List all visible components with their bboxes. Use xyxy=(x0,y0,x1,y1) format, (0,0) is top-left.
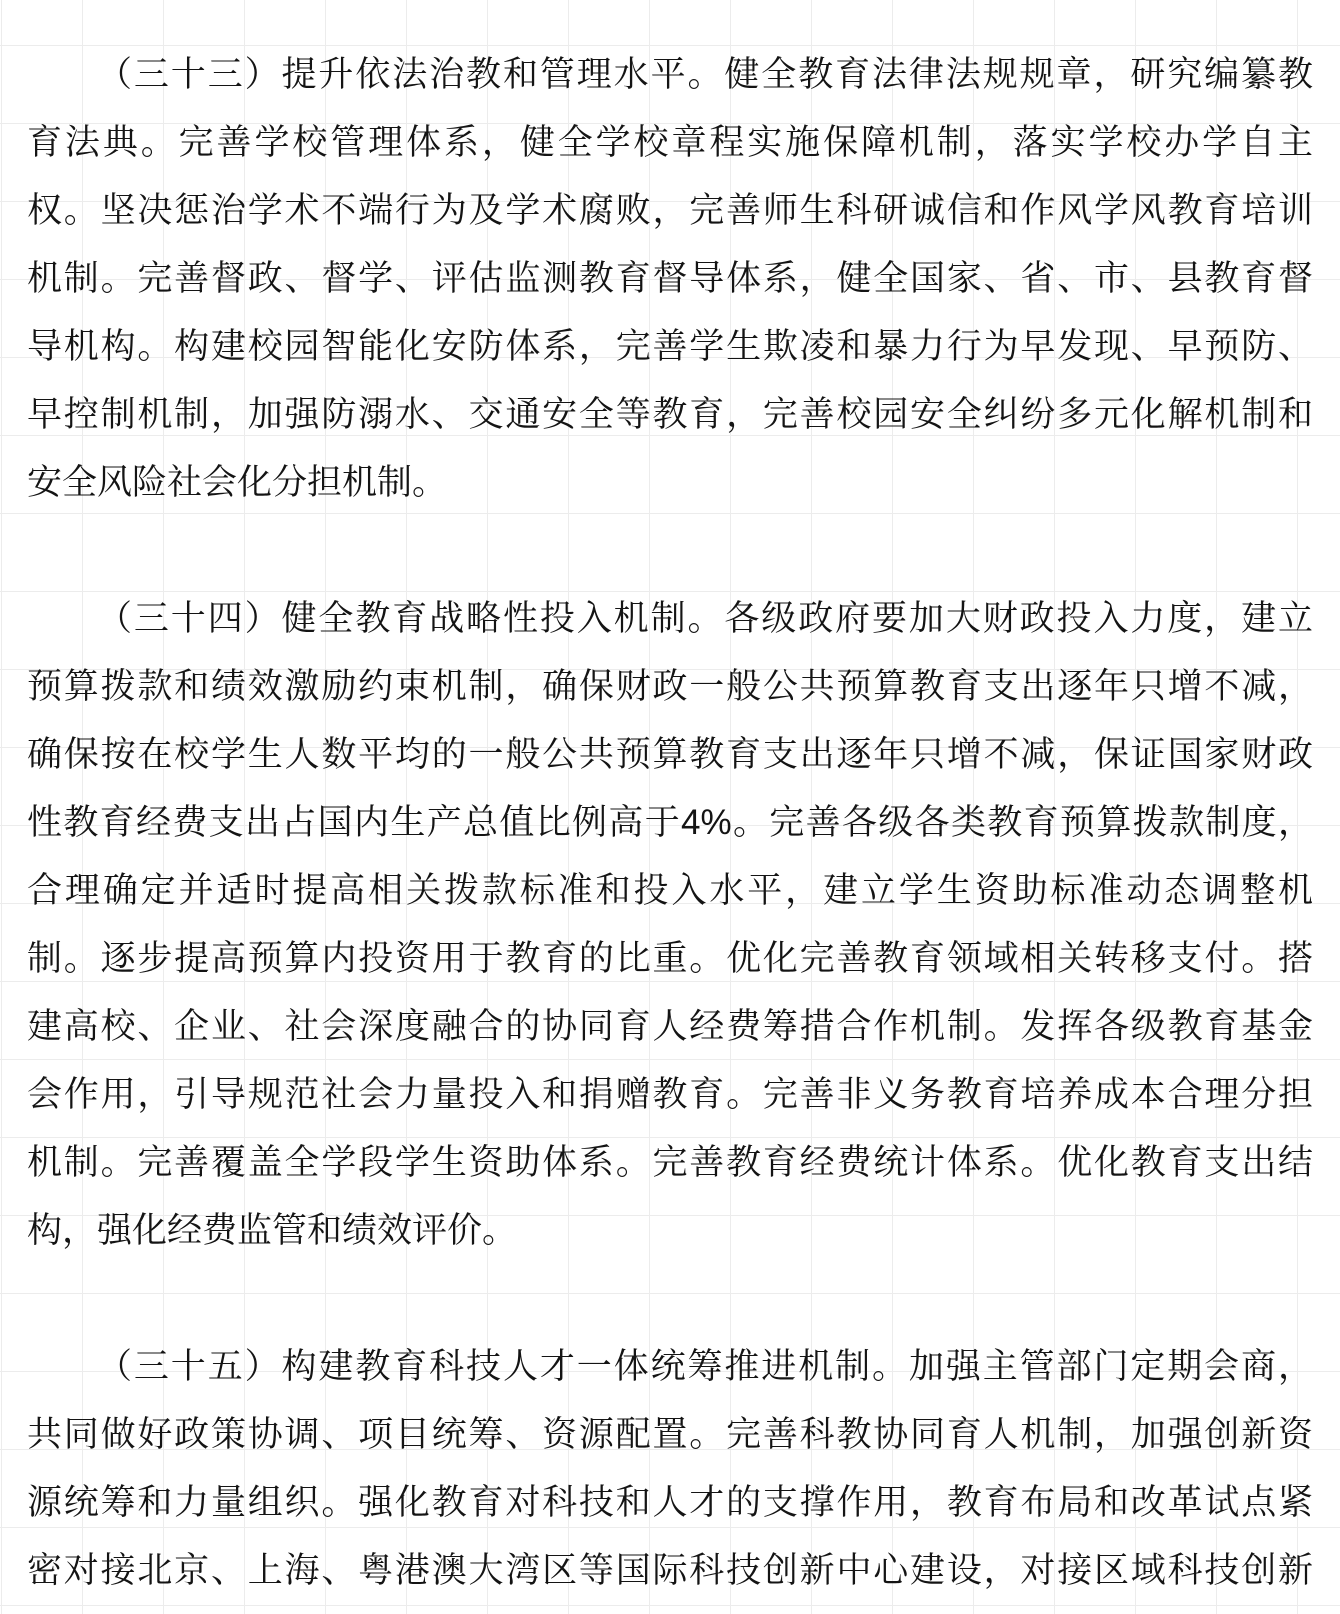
text-line: 构，强化经费监管和绩效评价。 xyxy=(27,1197,1313,1265)
text-line: 源统筹和力量组织。强化教育对科技和人才的支撑作用，教育布局和改革试点紧 xyxy=(27,1469,1313,1537)
text-line: （三十五）构建教育科技人才一体统筹推进机制。加强主管部门定期会商， xyxy=(27,1333,1313,1401)
text-line: 导机构。构建校园智能化安防体系，完善学生欺凌和暴力行为早发现、早预防、 xyxy=(27,313,1313,381)
text-line: 育法典。完善学校管理体系，健全学校章程实施保障机制，落实学校办学自主 xyxy=(27,109,1313,177)
paragraph-35: （三十五）构建教育科技人才一体统筹推进机制。加强主管部门定期会商， 共同做好政策… xyxy=(27,1333,1313,1605)
paragraph-34: （三十四）健全教育战略性投入机制。各级政府要加大财政投入力度，建立 预算拨款和绩… xyxy=(27,585,1313,1265)
text-line: （三十三）提升依法治教和管理水平。健全教育法律法规规章，研究编纂教 xyxy=(27,41,1313,109)
text-line: 权。坚决惩治学术不端行为及学术腐败，完善师生科研诚信和作风学风教育培训 xyxy=(27,177,1313,245)
paragraph-33: （三十三）提升依法治教和管理水平。健全教育法律法规规章，研究编纂教 育法典。完善… xyxy=(27,41,1313,517)
text-line: 预算拨款和绩效激励约束机制，确保财政一般公共预算教育支出逐年只增不减， xyxy=(27,653,1313,721)
text-line: 早控制机制，加强防溺水、交通安全等教育，完善校园安全纠纷多元化解机制和 xyxy=(27,381,1313,449)
text-line: 密对接北京、上海、粤港澳大湾区等国际科技创新中心建设，对接区域科技创新 xyxy=(27,1537,1313,1605)
text-line: 安全风险社会化分担机制。 xyxy=(27,449,1313,517)
text-line: 机制。完善覆盖全学段学生资助体系。完善教育经费统计体系。优化教育支出结 xyxy=(27,1129,1313,1197)
text-line: 确保按在校学生人数平均的一般公共预算教育支出逐年只增不减，保证国家财政 xyxy=(27,721,1313,789)
text-line: 会作用，引导规范社会力量投入和捐赠教育。完善非义务教育培养成本合理分担 xyxy=(27,1061,1313,1129)
text-line: 共同做好政策协调、项目统筹、资源配置。完善科教协同育人机制，加强创新资 xyxy=(27,1401,1313,1469)
text-line: 合理确定并适时提高相关拨款标准和投入水平，建立学生资助标准动态调整机 xyxy=(27,857,1313,925)
document-page: （三十三）提升依法治教和管理水平。健全教育法律法规规章，研究编纂教 育法典。完善… xyxy=(0,0,1340,1605)
text-line: 性教育经费支出占国内生产总值比例高于4%。完善各级各类教育预算拨款制度， xyxy=(27,789,1313,857)
text-line: 建高校、企业、社会深度融合的协同育人经费筹措合作机制。发挥各级教育基金 xyxy=(27,993,1313,1061)
text-line: （三十四）健全教育战略性投入机制。各级政府要加大财政投入力度，建立 xyxy=(27,585,1313,653)
text-line: 机制。完善督政、督学、评估监测教育督导体系，健全国家、省、市、县教育督 xyxy=(27,245,1313,313)
text-line: 制。逐步提高预算内投资用于教育的比重。优化完善教育领域相关转移支付。搭 xyxy=(27,925,1313,993)
